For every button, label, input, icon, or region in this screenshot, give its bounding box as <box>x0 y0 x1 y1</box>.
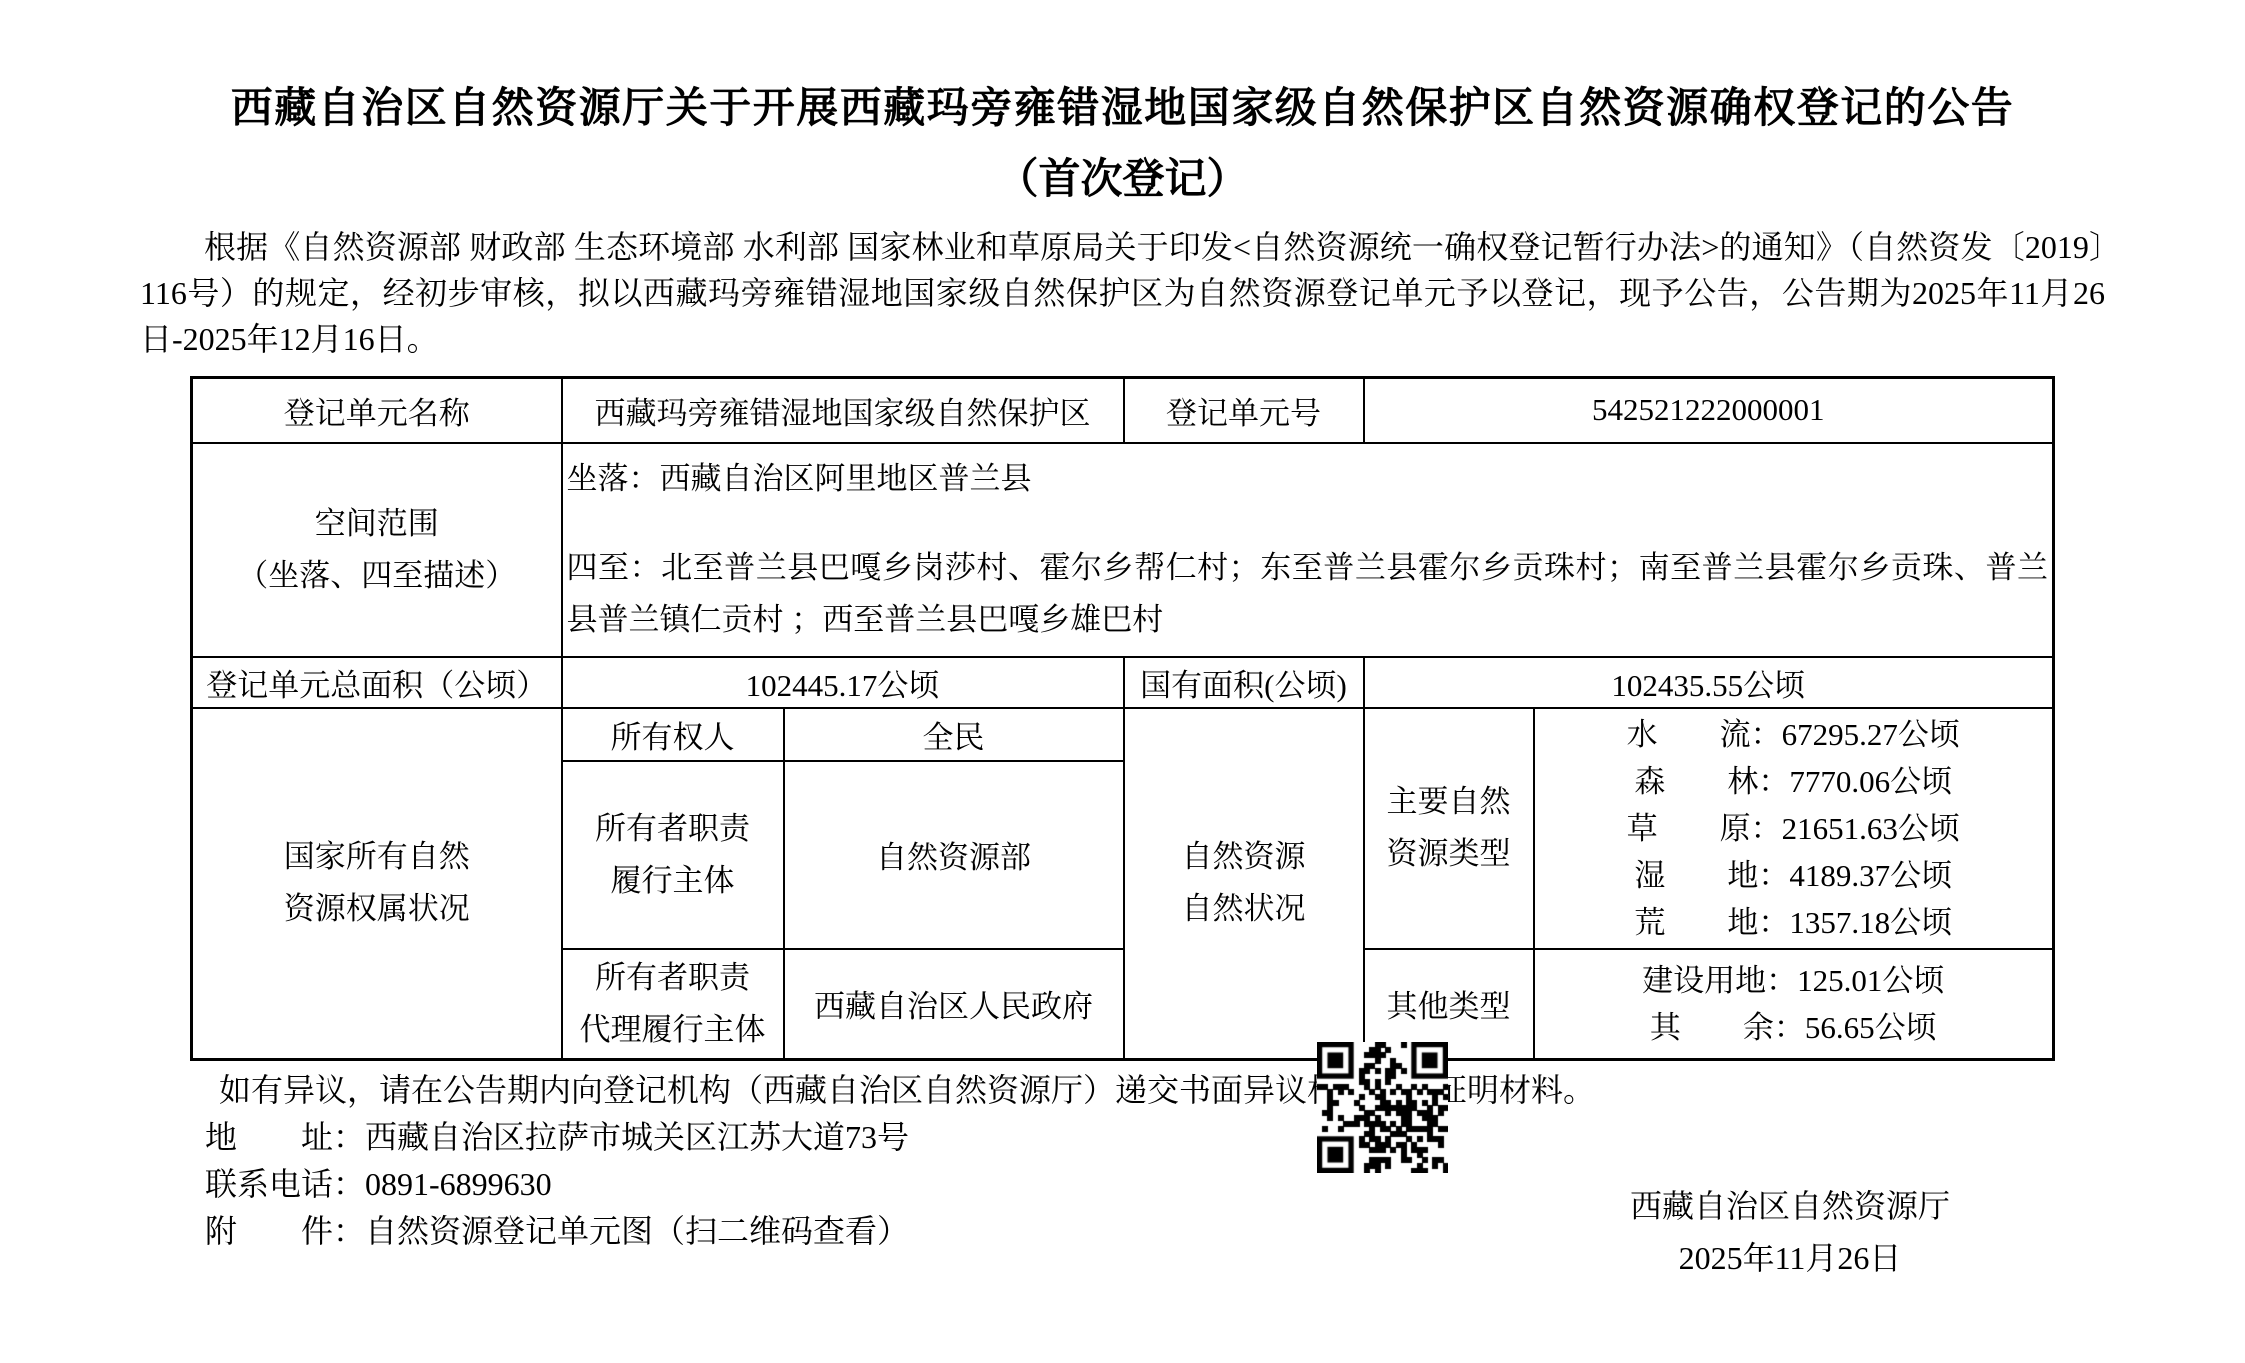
main-type-item: 湿 地：4189.37公顷 <box>1539 852 2049 899</box>
unit-name-value: 西藏玛旁雍错湿地国家级自然保护区 <box>562 378 1124 443</box>
state-area-label: 国有面积(公顷) <box>1124 657 1364 708</box>
main-types-list: 水 流：67295.27公顷 森 林：7770.06公顷 草 原：21651.6… <box>1534 708 2054 949</box>
natural-status-label: 自然资源 自然状况 <box>1124 708 1364 1060</box>
main-type-item: 草 原：21651.63公顷 <box>1539 805 2049 852</box>
table-row-area: 登记单元总面积（公顷） 102445.17公顷 国有面积(公顷) 102435.… <box>192 657 2054 708</box>
main-type-item: 森 林：7770.06公顷 <box>1539 758 2049 805</box>
other-type-item: 其 余：56.65公顷 <box>1539 1004 2049 1051</box>
agent-duty-value: 西藏自治区人民政府 <box>784 949 1124 1060</box>
signature-block: 西藏自治区自然资源厅 2025年11月26日 <box>1600 1180 1980 1284</box>
scope-bounds: 四至：北至普兰县巴嘎乡岗莎村、霍尔乡帮仁村；东至普兰县霍尔乡贡珠村；南至普兰县霍… <box>567 542 2049 646</box>
total-area-label: 登记单元总面积（公顷） <box>192 657 562 708</box>
page-subtitle: （首次登记） <box>0 152 2245 208</box>
scope-location: 坐落：西藏自治区阿里地区普兰县 <box>567 456 2049 502</box>
main-type-item: 水 流：67295.27公顷 <box>1539 711 2049 758</box>
page-title: 西藏自治区自然资源厅关于开展西藏玛旁雍错湿地国家级自然保护区自然资源确权登记的公… <box>0 0 2245 138</box>
announcement-page: 西藏自治区自然资源厅关于开展西藏玛旁雍错湿地国家级自然保护区自然资源确权登记的公… <box>0 0 2245 1363</box>
registration-table: 登记单元名称 西藏玛旁雍错湿地国家级自然保护区 登记单元号 5425212220… <box>190 376 2055 1061</box>
agent-duty-label: 所有者职责 代理履行主体 <box>562 949 784 1060</box>
table-row-unit: 登记单元名称 西藏玛旁雍错湿地国家级自然保护区 登记单元号 5425212220… <box>192 378 2054 443</box>
owner-label: 所有权人 <box>562 708 784 761</box>
address-line: 地 址：西藏自治区拉萨市城关区江苏大道73号 <box>205 1114 2245 1161</box>
table-row-owner: 国家所有自然 资源权属状况 所有权人 全民 自然资源 自然状况 主要自然 资源类… <box>192 708 2054 761</box>
owner-value: 全民 <box>784 708 1124 761</box>
table-row-scope: 空间范围 （坐落、四至描述） 坐落：西藏自治区阿里地区普兰县 四至：北至普兰县巴… <box>192 443 2054 657</box>
main-types-label: 主要自然 资源类型 <box>1364 708 1534 949</box>
objection-note: 如有异议，请在公告期内向登记机构（西藏自治区自然资源厅）递交书面异议材料及其证明… <box>205 1067 2245 1114</box>
scope-label: 空间范围 （坐落、四至描述） <box>192 443 562 657</box>
intro-paragraph: 根据《自然资源部 财政部 生态环境部 水利部 国家林业和草原局关于印发<自然资源… <box>140 224 2105 362</box>
qr-code-icon <box>1317 1042 1448 1173</box>
scope-content: 坐落：西藏自治区阿里地区普兰县 四至：北至普兰县巴嘎乡岗莎村、霍尔乡帮仁村；东至… <box>562 443 2054 657</box>
issue-date: 2025年11月26日 <box>1600 1232 1980 1284</box>
issuer-signature: 西藏自治区自然资源厅 <box>1600 1180 1980 1232</box>
state-area-value: 102435.55公顷 <box>1364 657 2054 708</box>
main-type-item: 荒 地：1357.18公顷 <box>1539 899 2049 946</box>
unit-number-value: 542521222000001 <box>1364 378 2054 443</box>
duty-holder-value: 自然资源部 <box>784 761 1124 949</box>
ownership-section-label: 国家所有自然 资源权属状况 <box>192 708 562 1060</box>
duty-holder-label: 所有者职责 履行主体 <box>562 761 784 949</box>
unit-name-label: 登记单元名称 <box>192 378 562 443</box>
total-area-value: 102445.17公顷 <box>562 657 1124 708</box>
unit-number-label: 登记单元号 <box>1124 378 1364 443</box>
other-types-list: 建设用地：125.01公顷 其 余：56.65公顷 <box>1534 949 2054 1060</box>
other-type-item: 建设用地：125.01公顷 <box>1539 957 2049 1004</box>
